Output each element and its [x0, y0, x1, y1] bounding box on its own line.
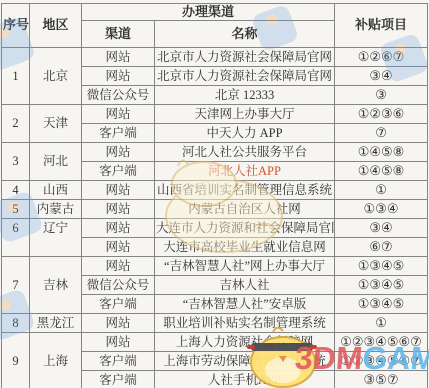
subsidy-cell: ①③④⑤: [335, 295, 428, 314]
row-number-cell: 3: [2, 143, 30, 181]
channel-cell: 客户端: [82, 352, 155, 371]
name-cell: 大连市高校毕业生就业信息网: [155, 238, 335, 257]
channel-cell: 网站: [82, 48, 155, 67]
subsidy-cell: ①③④: [335, 200, 428, 219]
row-number-cell: 2: [2, 105, 30, 143]
header-名称: 名称: [155, 21, 335, 48]
subsidy-cell: ①④⑤⑧: [335, 162, 428, 181]
region-cell: 内蒙古: [30, 200, 82, 219]
channel-cell: 网站: [82, 314, 155, 333]
subsidy-cell: ①③④⑤: [335, 257, 428, 276]
region-cell: 黑龙江: [30, 314, 82, 333]
channel-cell: 客户端: [82, 295, 155, 314]
name-cell: 山西省培训实名制管理信息系统: [155, 181, 335, 200]
name-cell: 职业培训补贴实名制管理系统: [155, 314, 335, 333]
row-number-cell: 1: [2, 48, 30, 105]
table-row: 9上海网站上海人力资源社会保障网①②③④⑤⑥⑦: [2, 333, 428, 352]
subsidy-cell: ③: [335, 86, 428, 105]
name-cell: 人社手机APP: [155, 371, 335, 388]
header-地区: 地区: [30, 4, 82, 48]
name-cell: 大连市人力资源和社会保障局官网: [155, 219, 335, 238]
channel-cell: 网站: [82, 219, 155, 238]
name-cell: 上海市劳动保障管理信息系统: [155, 352, 335, 371]
subsidy-cell: ⑦: [335, 124, 428, 143]
subsidy-cell: ①②③④⑤⑥⑦: [335, 333, 428, 352]
channel-cell: 网站: [82, 333, 155, 352]
name-cell: 中天人力 APP: [155, 124, 335, 143]
name-cell: 北京 12333: [155, 86, 335, 105]
channel-cell: 网站: [82, 181, 155, 200]
row-number-cell: 9: [2, 333, 30, 388]
row-number-cell: 8: [2, 314, 30, 333]
name-cell: 内蒙古自治区人社网: [155, 200, 335, 219]
name-cell: 河北人社公共服务平台: [155, 143, 335, 162]
table-row: 3河北网站河北人社公共服务平台①④⑤⑧: [2, 143, 428, 162]
subsidy-cell: ①: [335, 314, 428, 333]
name-cell: 上海人力资源社会保障网: [155, 333, 335, 352]
subsidy-cell: ①②③⑥: [335, 105, 428, 124]
subsidy-cell: ①②③④⑤⑥⑦: [335, 352, 428, 371]
channel-cell: 网站: [82, 238, 155, 257]
region-cell: 辽宁: [30, 219, 82, 257]
channel-cell: 客户端: [82, 124, 155, 143]
header-渠道: 渠道: [82, 21, 155, 48]
region-cell: 天津: [30, 105, 82, 143]
header-办理渠道: 办理渠道: [82, 4, 335, 21]
subsidy-channels-table: 序号 地区 办理渠道 补贴项目 渠道 名称 1北京网站北京市人力资源社会保障局官…: [1, 3, 428, 388]
region-cell: 河北: [30, 143, 82, 181]
channel-cell: 客户端: [82, 162, 155, 181]
name-cell: “吉林智慧人社”网上办事大厅: [155, 257, 335, 276]
channel-cell: 微信公众号: [82, 276, 155, 295]
region-cell: 北京: [30, 48, 82, 105]
row-number-cell: 5: [2, 200, 30, 219]
header-序号: 序号: [2, 4, 30, 48]
channel-cell: 网站: [82, 143, 155, 162]
channel-cell: 网站: [82, 67, 155, 86]
name-cell: 天津网上办事大厅: [155, 105, 335, 124]
subsidy-cell: ①③④⑤: [335, 276, 428, 295]
subsidy-cell: ③④: [335, 219, 428, 238]
table-row: 8黑龙江网站职业培训补贴实名制管理系统①: [2, 314, 428, 333]
channel-cell: 微信公众号: [82, 86, 155, 105]
subsidy-cell: ③⑤⑦: [335, 371, 428, 388]
name-cell: “吉林智慧人社”安卓版: [155, 295, 335, 314]
name-cell: 北京市人力资源社会保障局官网: [155, 67, 335, 86]
region-cell: 吉林: [30, 257, 82, 314]
header-补贴项目: 补贴项目: [335, 4, 428, 48]
region-cell: 上海: [30, 333, 82, 388]
screenshot-canvas: 序号 地区 办理渠道 补贴项目 渠道 名称 1北京网站北京市人力资源社会保障局官…: [0, 0, 429, 388]
subsidy-cell: ③④: [335, 67, 428, 86]
name-cell: 北京市人力资源社会保障局官网: [155, 48, 335, 67]
subsidy-cell: ⑥⑦: [335, 238, 428, 257]
channel-cell: 网站: [82, 257, 155, 276]
table-row: 4山西网站山西省培训实名制管理信息系统①: [2, 181, 428, 200]
table-row: 2天津网站天津网上办事大厅①②③⑥: [2, 105, 428, 124]
subsidy-cell: ①: [335, 181, 428, 200]
channel-cell: 客户端: [82, 371, 155, 388]
table-row: 1北京网站北京市人力资源社会保障局官网①②⑥⑦: [2, 48, 428, 67]
table-row: 7吉林网站“吉林智慧人社”网上办事大厅①③④⑤: [2, 257, 428, 276]
table-body: 1北京网站北京市人力资源社会保障局官网①②⑥⑦网站北京市人力资源社会保障局官网③…: [2, 48, 428, 388]
name-cell: 吉林人社: [155, 276, 335, 295]
name-cell: 河北人社APP: [155, 162, 335, 181]
row-number-cell: 6: [2, 219, 30, 257]
subsidy-cell: ①②⑥⑦: [335, 48, 428, 67]
table-row: 6辽宁网站大连市人力资源和社会保障局官网③④: [2, 219, 428, 238]
row-number-cell: 7: [2, 257, 30, 314]
channel-cell: 网站: [82, 200, 155, 219]
table-row: 5内蒙古网站内蒙古自治区人社网①③④: [2, 200, 428, 219]
region-cell: 山西: [30, 181, 82, 200]
row-number-cell: 4: [2, 181, 30, 200]
subsidy-cell: ①④⑤⑧: [335, 143, 428, 162]
channel-cell: 网站: [82, 105, 155, 124]
